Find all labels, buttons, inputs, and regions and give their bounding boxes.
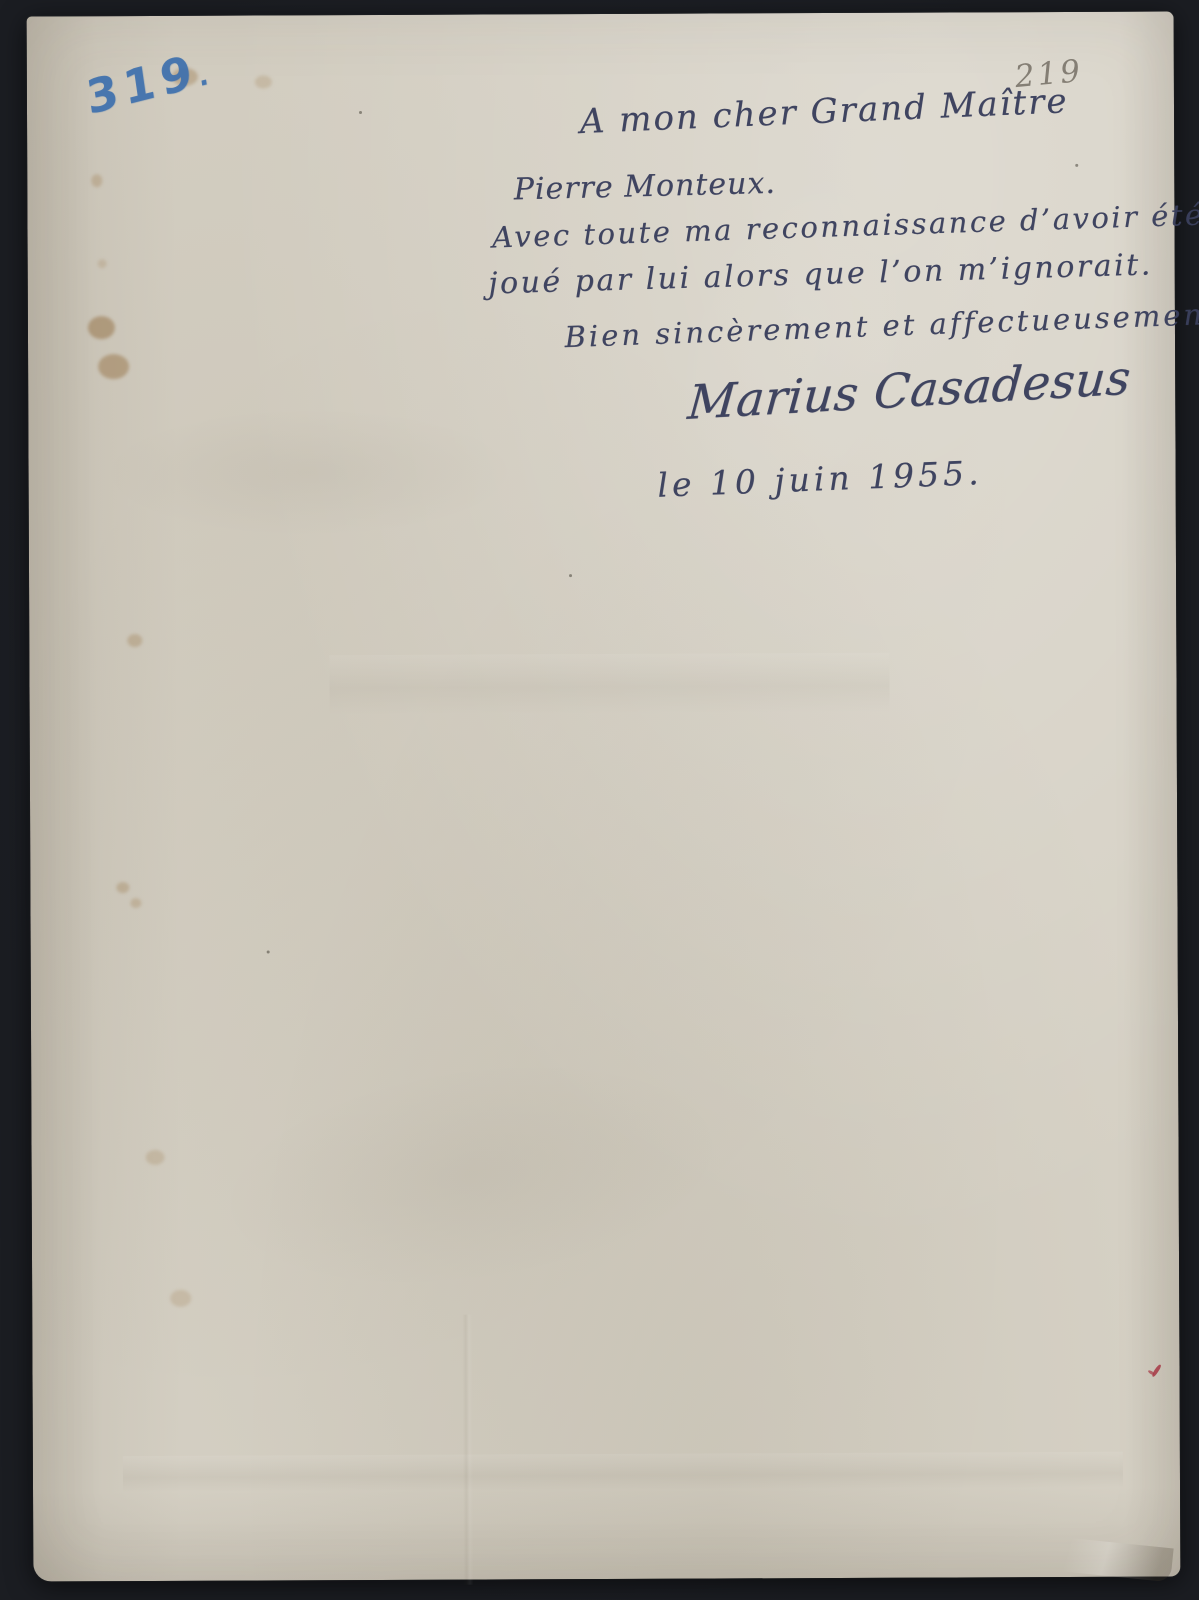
- foxing-stain: [98, 259, 107, 268]
- dedication-line-5: Bien sincèrement et affectueusement: [564, 297, 1199, 354]
- page-number-blue-crayon: 319.: [83, 41, 211, 125]
- foxing-stain: [146, 1150, 165, 1165]
- foxing-stain: [127, 634, 142, 647]
- paper-crease: [462, 1315, 473, 1585]
- foxing-stain: [130, 898, 141, 908]
- dedication-inscription: A mon cher Grand Maître Pierre Monteux. …: [27, 12, 1174, 17]
- paper-speck: [569, 574, 572, 577]
- signature-marius-casadesus: Marius Casadesus: [686, 350, 1133, 430]
- photo-background: 319. 219 A mon cher Grand Maître Pierre …: [0, 0, 1199, 1600]
- paper-speck: [359, 111, 362, 114]
- page-number-blue-value: 319: [83, 43, 201, 125]
- paper-speck: [267, 950, 270, 953]
- foxing-stain: [170, 1290, 191, 1307]
- foxing-stain: [91, 174, 102, 187]
- paper-crease: [329, 653, 889, 715]
- foxing-stain: [255, 75, 272, 88]
- paper-crease: [123, 1452, 1123, 1492]
- paper-speck: [1075, 164, 1078, 167]
- dedication-line-4: joué par lui alors que l’on m’ignorait.: [488, 247, 1153, 301]
- foxing-stain: [98, 354, 129, 379]
- foxing-stain: [116, 882, 129, 893]
- dedication-line-2: Pierre Monteux.: [513, 166, 776, 208]
- red-ink-mark: [1151, 1364, 1162, 1378]
- dedication-line-3: Avec toute ma reconnaissance d’avoir été: [491, 197, 1199, 254]
- manuscript-page: 319. 219 A mon cher Grand Maître Pierre …: [27, 12, 1181, 1582]
- corner-curl: [1021, 1533, 1174, 1582]
- paper-crease: [98, 406, 519, 538]
- paper-crease: [199, 1028, 745, 1320]
- dedication-line-1: A mon cher Grand Maître: [579, 81, 1069, 142]
- foxing-stain: [88, 316, 115, 339]
- date-line: le 10 juin 1955.: [657, 453, 984, 505]
